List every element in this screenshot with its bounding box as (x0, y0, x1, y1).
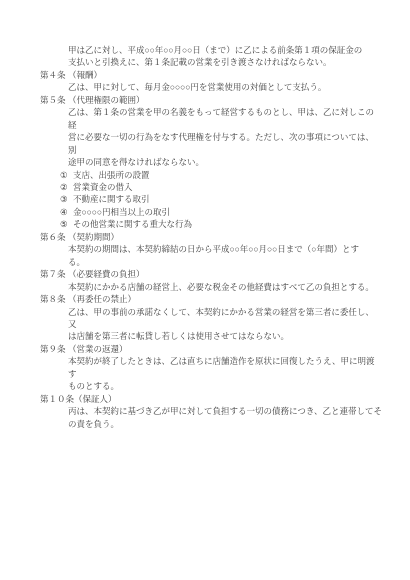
document-page: 甲は乙に対し、平成○○年○○月○○日（まで）に乙による前条第１項の保証金の 支払… (0, 0, 410, 580)
item-text: 営業資金の借入 (73, 181, 133, 193)
article-heading: 第４条 （報酬） (40, 69, 382, 81)
article-items: ① 支店、出張所の設置 ② 営業資金の借入 ③ 不動産に関する取引 ④ 金○○○… (60, 169, 382, 231)
article: 第４条 （報酬） 乙は、甲に対して、毎月金○○○○円を営業使用の対価として支払う… (40, 69, 382, 94)
article-title: （代理権限の範囲） (68, 94, 145, 106)
article-body: 本契約が終了したときは、乙は直ちに店舗造作を原状に回復したうえ、甲に明渡す もの… (68, 355, 382, 392)
article-number: 第９条 (40, 343, 68, 355)
item-number-icon: ② (60, 181, 73, 193)
article-list-item: ④ 金○○○○円相当以上の取引 (60, 206, 382, 218)
article: 第７条 （必要経費の負担） 本契約にかかる店舗の経営上、必要な税金その他経費はす… (40, 268, 382, 293)
contract-text-block: 甲は乙に対し、平成○○年○○月○○日（まで）に乙による前条第１項の保証金の 支払… (40, 44, 382, 430)
item-text: 不動産に関する取引 (73, 193, 150, 205)
article-body: 乙は、甲の事前の承諾なくして、本契約にかかる営業の経営を第三者に委任し、又 は店… (68, 306, 382, 343)
article-list-item: ⑤ その他営業に関する重大な行為 (60, 218, 382, 230)
article-body: 丙は、本契約に基づき乙が甲に対して負担する一切の債務につき、乙と連帯してそ の責… (68, 405, 382, 430)
article-heading: 第５条 （代理権限の範囲） (40, 94, 382, 106)
article-list-item: ③ 不動産に関する取引 (60, 193, 382, 205)
article-title: （必要経費の負担） (68, 268, 145, 280)
article-number: 第４条 (40, 69, 68, 81)
article-body: 乙は、第１条の営業を甲の名義をもって経営するものとし、甲は、乙に対しこの経 営に… (68, 106, 382, 168)
item-number-icon: ⑤ (60, 218, 73, 230)
article-title: （保証人） (74, 393, 117, 405)
article-title: （再委任の禁止） (68, 293, 136, 305)
article-heading: 第６条 （契約期間） (40, 231, 382, 243)
article-number: 第５条 (40, 94, 68, 106)
item-number-icon: ④ (60, 206, 73, 218)
article-title: （契約期間） (68, 231, 119, 243)
article-number: 第６条 (40, 231, 68, 243)
item-text: その他営業に関する重大な行為 (73, 218, 192, 230)
article-title: （営業の返還） (68, 343, 128, 355)
article: 第８条 （再委任の禁止） 乙は、甲の事前の承諾なくして、本契約にかかる営業の経営… (40, 293, 382, 343)
article-list-item: ① 支店、出張所の設置 (60, 169, 382, 181)
article: 第６条 （契約期間） 本契約の期間は、本契約締結の日から平成○○年○○月○○日ま… (40, 231, 382, 268)
continuation-paragraph: 甲は乙に対し、平成○○年○○月○○日（まで）に乙による前条第１項の保証金の 支払… (68, 44, 382, 69)
article: 第５条 （代理権限の範囲） 乙は、第１条の営業を甲の名義をもって経営するものとし… (40, 94, 382, 231)
item-text: 金○○○○円相当以上の取引 (73, 206, 170, 218)
article: 第９条 （営業の返還） 本契約が終了したときは、乙は直ちに店舗造作を原状に回復し… (40, 343, 382, 393)
article-heading: 第８条 （再委任の禁止） (40, 293, 382, 305)
article-heading: 第９条 （営業の返還） (40, 343, 382, 355)
article-body: 本契約の期間は、本契約締結の日から平成○○年○○月○○日まで（○年間）とす る。 (68, 243, 382, 268)
article-body: 乙は、甲に対して、毎月金○○○○円を営業使用の対価として支払う。 (68, 81, 382, 93)
article: 第１０条 （保証人） 丙は、本契約に基づき乙が甲に対して負担する一切の債務につき… (40, 393, 382, 430)
item-number-icon: ③ (60, 193, 73, 205)
article-number: 第８条 (40, 293, 68, 305)
article-body: 本契約にかかる店舗の経営上、必要な税金その他経費はすべて乙の負担とする。 (68, 281, 382, 293)
articles-list: 第４条 （報酬） 乙は、甲に対して、毎月金○○○○円を営業使用の対価として支払う… (40, 69, 382, 430)
article-heading: 第１０条 （保証人） (40, 393, 382, 405)
article-number: 第１０条 (40, 393, 74, 405)
item-number-icon: ① (60, 169, 73, 181)
article-list-item: ② 営業資金の借入 (60, 181, 382, 193)
article-heading: 第７条 （必要経費の負担） (40, 268, 382, 280)
item-text: 支店、出張所の設置 (73, 169, 150, 181)
article-title: （報酬） (68, 69, 102, 81)
article-number: 第７条 (40, 268, 68, 280)
